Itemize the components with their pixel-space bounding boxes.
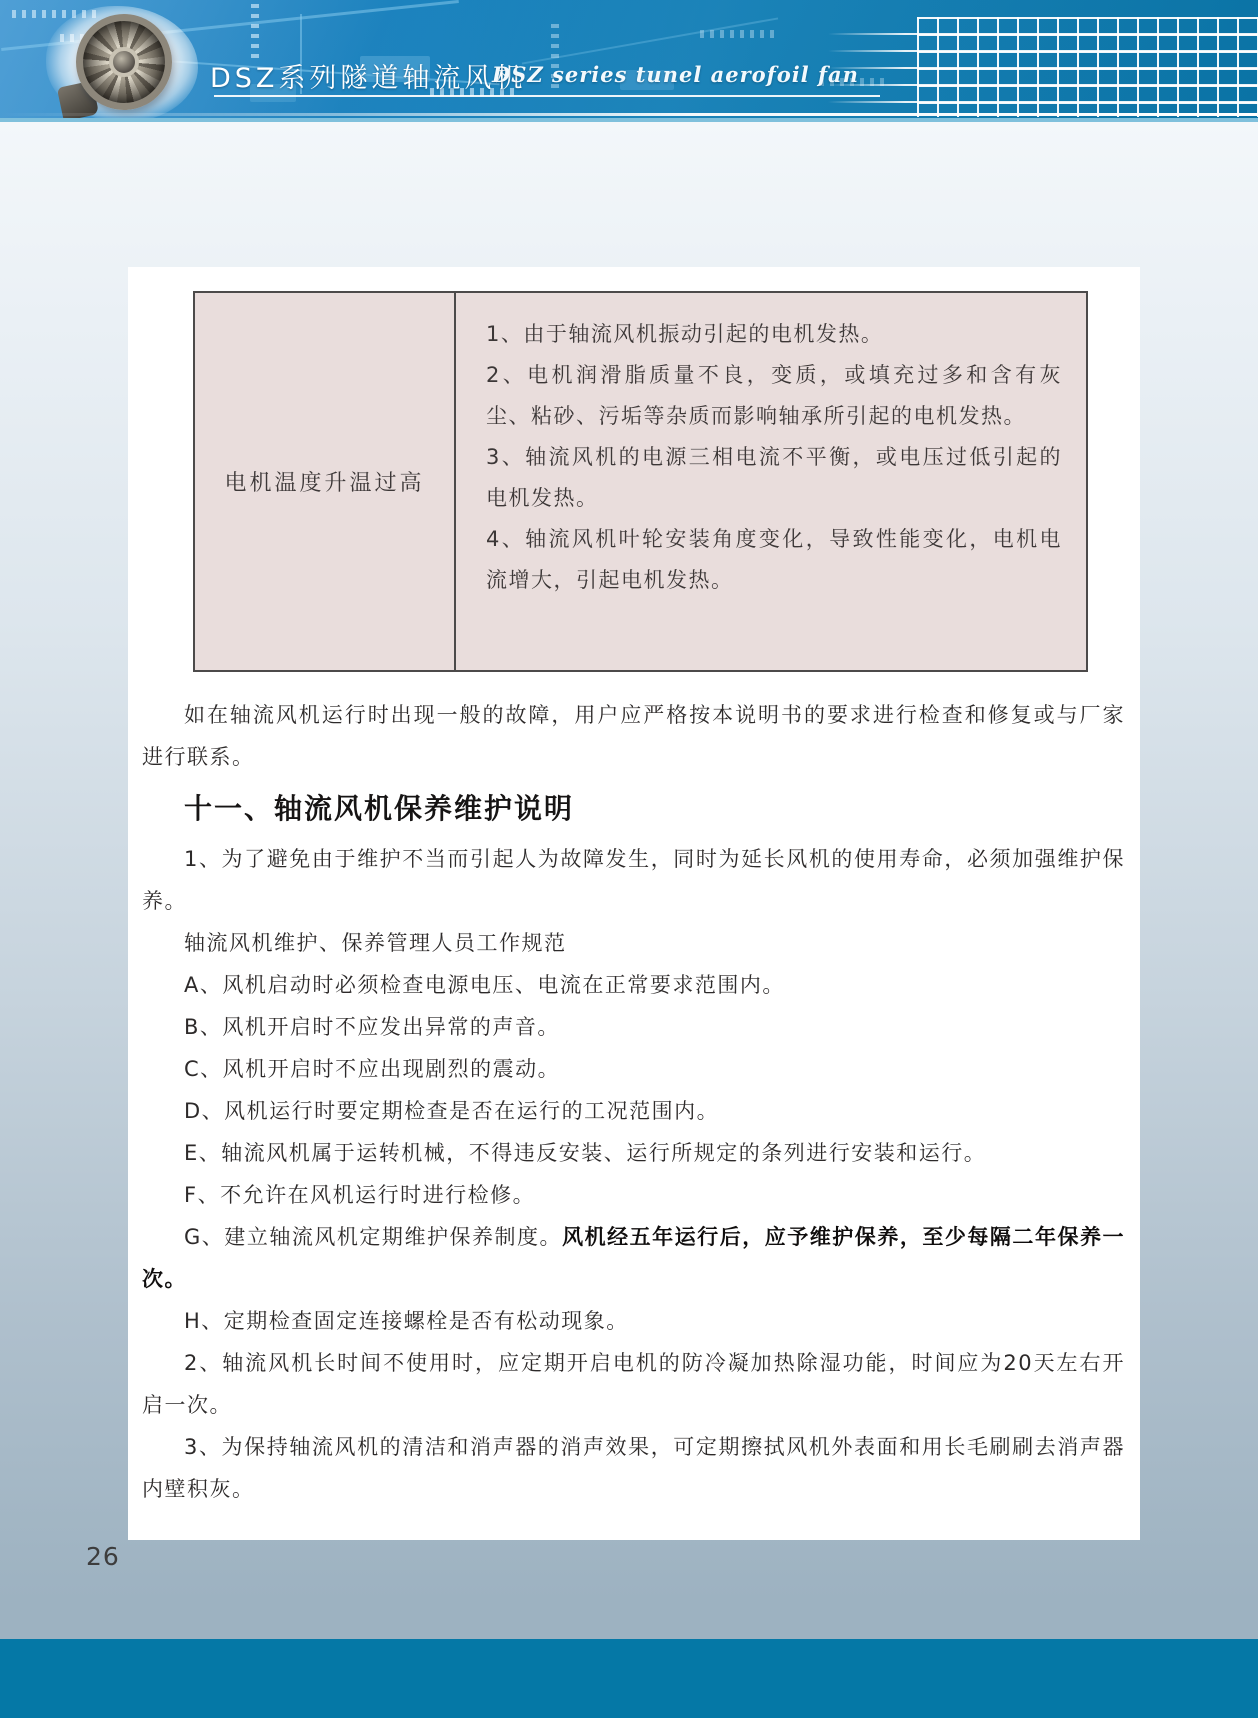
grid-line-decoration <box>828 84 1258 86</box>
footer-bar <box>0 1639 1258 1718</box>
list-item: E、轴流风机属于运转机械，不得违反安装、运行所规定的条列进行安装和运行。 <box>142 1132 1125 1174</box>
fan-icon <box>46 6 198 122</box>
list-item-g: G、建立轴流风机定期维护保养制度。风机经五年运行后，应予维护保养，至少每隔二年保… <box>142 1216 1125 1300</box>
grid-line-decoration <box>828 101 1258 103</box>
paragraph: 1、为了避免由于维护不当而引起人为故障发生，同时为延长风机的使用寿命，必须加强维… <box>142 838 1125 922</box>
grid-line-decoration <box>828 67 1258 69</box>
paragraph: 2、轴流风机长时间不使用时，应定期开启电机的防冷凝加热除湿功能，时间应为20天左… <box>142 1342 1125 1426</box>
content-panel: 电机温度升温过高 1、由于轴流风机振动引起的电机发热。 2、电机润滑脂质量不良，… <box>128 267 1140 1540</box>
header-title-english: DSZ series tunel aerofoil fan <box>492 62 859 87</box>
fault-cause-item: 4、轴流风机叶轮安装角度变化，导致性能变化，电机电流增大，引起电机发热。 <box>486 519 1062 601</box>
fault-cause-table: 电机温度升温过高 1、由于轴流风机振动引起的电机发热。 2、电机润滑脂质量不良，… <box>193 291 1088 672</box>
list-item: H、定期检查固定连接螺栓是否有松动现象。 <box>142 1300 1125 1342</box>
intro-paragraph: 如在轴流风机运行时出现一般的故障，用户应严格按本说明书的要求进行检查和修复或与厂… <box>142 694 1125 778</box>
fault-name-cell: 电机温度升温过高 <box>195 293 456 670</box>
paragraph: 3、为保持轴流风机的清洁和消声器的消声效果，可定期擦拭风机外表面和用长毛刷刷去消… <box>142 1426 1125 1510</box>
page-number: 26 <box>86 1542 120 1571</box>
fan-logo-hub <box>109 47 139 77</box>
body-text: 如在轴流风机运行时出现一般的故障，用户应严格按本说明书的要求进行检查和修复或与厂… <box>142 694 1125 1510</box>
page-header: DSZ系列隧道轴流风机 DSZ series tunel aerofoil fa… <box>0 0 1258 122</box>
grid-line-decoration <box>828 33 1258 35</box>
list-item: B、风机开启时不应发出异常的声音。 <box>142 1006 1125 1048</box>
fault-causes-cell: 1、由于轴流风机振动引起的电机发热。 2、电机润滑脂质量不良，变质，或填充过多和… <box>456 293 1086 670</box>
circuit-chip-decoration <box>251 0 259 64</box>
list-item: C、风机开启时不应出现剧烈的震动。 <box>142 1048 1125 1090</box>
manual-page: DSZ系列隧道轴流风机 DSZ series tunel aerofoil fa… <box>0 0 1258 1718</box>
list-item: F、不允许在风机运行时进行检修。 <box>142 1174 1125 1216</box>
list-item-g-normal: G、建立轴流风机定期维护保养制度。 <box>184 1225 562 1249</box>
header-title-chinese: DSZ系列隧道轴流风机 <box>210 56 526 95</box>
header-underline <box>214 95 880 97</box>
circuit-chip-decoration <box>700 30 780 38</box>
fault-cause-item: 3、轴流风机的电源三相电流不平衡，或电压过低引起的电机发热。 <box>486 437 1062 519</box>
grid-line-decoration <box>0 113 1258 116</box>
header-bottom-strip <box>0 118 1258 122</box>
list-item: D、风机运行时要定期检查是否在运行的工况范围内。 <box>142 1090 1125 1132</box>
fault-cause-item: 2、电机润滑脂质量不良，变质，或填充过多和含有灰尘、粘砂、污垢等杂质而影响轴承所… <box>486 355 1062 437</box>
fan-logo-blades <box>76 14 172 110</box>
fault-cause-item: 1、由于轴流风机振动引起的电机发热。 <box>486 314 1062 355</box>
grid-line-decoration <box>828 50 1258 52</box>
section-title: 十一、轴流风机保养维护说明 <box>184 790 1125 828</box>
paragraph: 轴流风机维护、保养管理人员工作规范 <box>142 922 1125 964</box>
list-item: A、风机启动时必须检查电源电压、电流在正常要求范围内。 <box>142 964 1125 1006</box>
